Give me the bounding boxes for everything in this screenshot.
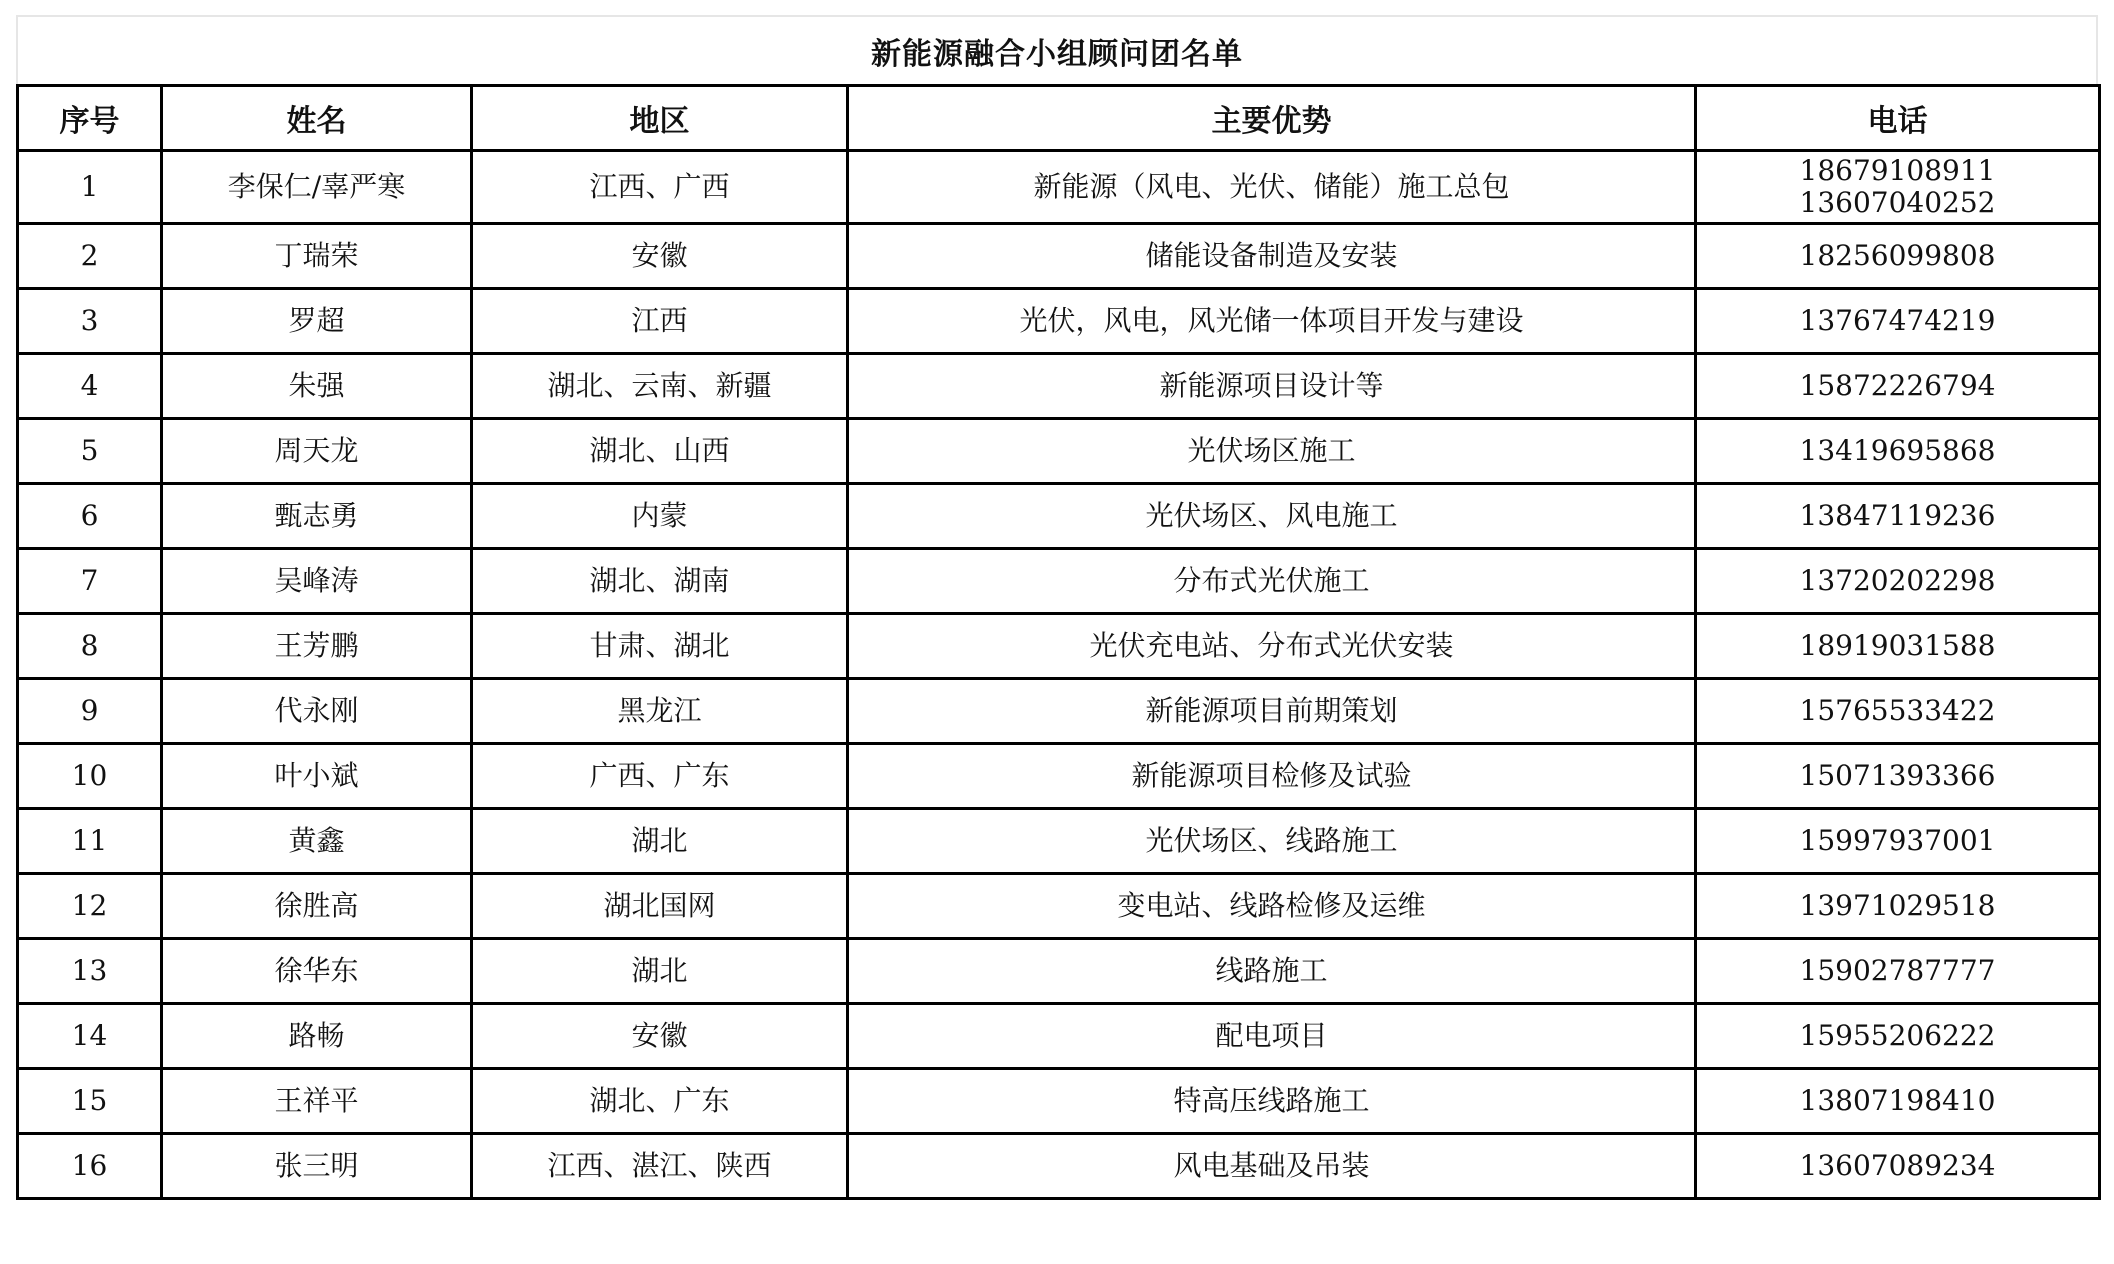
cell-region: 湖北国网 — [472, 874, 848, 939]
cell-strength: 特高压线路施工 — [848, 1069, 1696, 1134]
cell-no: 5 — [18, 419, 162, 484]
table-row: 3罗超江西光伏，风电，风光储一体项目开发与建设13767474219 — [18, 289, 2100, 354]
table-row: 1李保仁/辜严寒江西、广西新能源（风电、光伏、储能）施工总包1867910891… — [18, 151, 2100, 224]
cell-name: 徐华东 — [162, 939, 472, 1004]
phone-number: 13720202298 — [1697, 563, 2098, 599]
phone-number-secondary: 13607040252 — [1697, 187, 2098, 219]
cell-phone: 1867910891113607040252 — [1696, 151, 2100, 224]
cell-strength: 光伏场区、线路施工 — [848, 809, 1696, 874]
cell-no: 3 — [18, 289, 162, 354]
cell-phone: 13847119236 — [1696, 484, 2100, 549]
cell-strength: 新能源项目设计等 — [848, 354, 1696, 419]
cell-no: 4 — [18, 354, 162, 419]
cell-region: 湖北、云南、新疆 — [472, 354, 848, 419]
cell-name: 丁瑞荣 — [162, 224, 472, 289]
phone-number: 18679108911 — [1697, 155, 2098, 187]
phone-number: 18256099808 — [1697, 238, 2098, 274]
phone-number: 13847119236 — [1697, 498, 2098, 534]
table-row: 2丁瑞荣安徽储能设备制造及安装18256099808 — [18, 224, 2100, 289]
cell-region: 湖北 — [472, 809, 848, 874]
header-phone: 电话 — [1696, 86, 2100, 151]
cell-strength: 光伏场区、风电施工 — [848, 484, 1696, 549]
cell-phone: 15997937001 — [1696, 809, 2100, 874]
cell-name: 周天龙 — [162, 419, 472, 484]
cell-strength: 线路施工 — [848, 939, 1696, 1004]
cell-name: 王祥平 — [162, 1069, 472, 1134]
cell-name: 朱强 — [162, 354, 472, 419]
cell-region: 内蒙 — [472, 484, 848, 549]
cell-phone: 18256099808 — [1696, 224, 2100, 289]
cell-no: 10 — [18, 744, 162, 809]
cell-no: 6 — [18, 484, 162, 549]
cell-name: 甄志勇 — [162, 484, 472, 549]
cell-strength: 新能源项目检修及试验 — [848, 744, 1696, 809]
cell-phone: 15902787777 — [1696, 939, 2100, 1004]
phone-number: 13807198410 — [1697, 1083, 2098, 1119]
cell-phone: 15765533422 — [1696, 679, 2100, 744]
header-row: 序号 姓名 地区 主要优势 电话 — [18, 86, 2100, 151]
cell-phone: 15955206222 — [1696, 1004, 2100, 1069]
phone-number: 13419695868 — [1697, 433, 2098, 469]
cell-strength: 光伏场区施工 — [848, 419, 1696, 484]
table-row: 16张三明江西、湛江、陕西风电基础及吊装13607089234 — [18, 1134, 2100, 1199]
cell-region: 江西 — [472, 289, 848, 354]
cell-region: 黑龙江 — [472, 679, 848, 744]
header-region: 地区 — [472, 86, 848, 151]
phone-number: 13607089234 — [1697, 1148, 2098, 1184]
header-name: 姓名 — [162, 86, 472, 151]
cell-region: 广西、广东 — [472, 744, 848, 809]
table-row: 13徐华东湖北线路施工15902787777 — [18, 939, 2100, 1004]
table-row: 6甄志勇内蒙光伏场区、风电施工13847119236 — [18, 484, 2100, 549]
cell-no: 1 — [18, 151, 162, 224]
table-row: 9代永刚黑龙江新能源项目前期策划15765533422 — [18, 679, 2100, 744]
header-strength: 主要优势 — [848, 86, 1696, 151]
cell-region: 江西、广西 — [472, 151, 848, 224]
cell-name: 罗超 — [162, 289, 472, 354]
cell-no: 9 — [18, 679, 162, 744]
cell-region: 安徽 — [472, 224, 848, 289]
table-row: 7吴峰涛湖北、湖南分布式光伏施工13720202298 — [18, 549, 2100, 614]
cell-no: 12 — [18, 874, 162, 939]
cell-no: 16 — [18, 1134, 162, 1199]
phone-number: 15872226794 — [1697, 368, 2098, 404]
cell-no: 14 — [18, 1004, 162, 1069]
phone-number: 15071393366 — [1697, 758, 2098, 794]
cell-name: 叶小斌 — [162, 744, 472, 809]
cell-region: 湖北、广东 — [472, 1069, 848, 1134]
phone-number: 15955206222 — [1697, 1018, 2098, 1054]
cell-region: 江西、湛江、陕西 — [472, 1134, 848, 1199]
cell-no: 13 — [18, 939, 162, 1004]
cell-phone: 13607089234 — [1696, 1134, 2100, 1199]
phone-number: 15765533422 — [1697, 693, 2098, 729]
phone-number: 15902787777 — [1697, 953, 2098, 989]
table-row: 12徐胜高湖北国网变电站、线路检修及运维13971029518 — [18, 874, 2100, 939]
table-row: 15王祥平湖北、广东特高压线路施工13807198410 — [18, 1069, 2100, 1134]
table-row: 14路畅安徽配电项目15955206222 — [18, 1004, 2100, 1069]
cell-name: 路畅 — [162, 1004, 472, 1069]
cell-strength: 光伏，风电，风光储一体项目开发与建设 — [848, 289, 1696, 354]
cell-name: 吴峰涛 — [162, 549, 472, 614]
cell-no: 8 — [18, 614, 162, 679]
cell-name: 李保仁/辜严寒 — [162, 151, 472, 224]
cell-phone: 18919031588 — [1696, 614, 2100, 679]
cell-region: 湖北、湖南 — [472, 549, 848, 614]
cell-strength: 新能源项目前期策划 — [848, 679, 1696, 744]
cell-phone: 13720202298 — [1696, 549, 2100, 614]
document-title: 新能源融合小组顾问团名单 — [871, 29, 1243, 73]
header-no: 序号 — [18, 86, 162, 151]
cell-strength: 配电项目 — [848, 1004, 1696, 1069]
cell-region: 湖北、山西 — [472, 419, 848, 484]
table-row: 11黄鑫湖北光伏场区、线路施工15997937001 — [18, 809, 2100, 874]
cell-strength: 风电基础及吊装 — [848, 1134, 1696, 1199]
cell-phone: 15071393366 — [1696, 744, 2100, 809]
cell-no: 2 — [18, 224, 162, 289]
table-row: 10叶小斌广西、广东新能源项目检修及试验15071393366 — [18, 744, 2100, 809]
table-row: 4朱强湖北、云南、新疆新能源项目设计等15872226794 — [18, 354, 2100, 419]
cell-phone: 13971029518 — [1696, 874, 2100, 939]
phone-number: 18919031588 — [1697, 628, 2098, 664]
cell-name: 徐胜高 — [162, 874, 472, 939]
cell-strength: 新能源（风电、光伏、储能）施工总包 — [848, 151, 1696, 224]
cell-region: 湖北 — [472, 939, 848, 1004]
cell-name: 代永刚 — [162, 679, 472, 744]
cell-strength: 储能设备制造及安装 — [848, 224, 1696, 289]
cell-strength: 变电站、线路检修及运维 — [848, 874, 1696, 939]
cell-phone: 13419695868 — [1696, 419, 2100, 484]
cell-region: 安徽 — [472, 1004, 848, 1069]
advisor-roster-table: 序号 姓名 地区 主要优势 电话 1李保仁/辜严寒江西、广西新能源（风电、光伏、… — [16, 84, 2101, 1200]
cell-region: 甘肃、湖北 — [472, 614, 848, 679]
title-cell: 新能源融合小组顾问团名单 — [16, 15, 2098, 84]
cell-phone: 15872226794 — [1696, 354, 2100, 419]
cell-strength: 光伏充电站、分布式光伏安装 — [848, 614, 1696, 679]
cell-phone: 13807198410 — [1696, 1069, 2100, 1134]
cell-phone: 13767474219 — [1696, 289, 2100, 354]
cell-name: 王芳鹏 — [162, 614, 472, 679]
cell-no: 7 — [18, 549, 162, 614]
cell-name: 张三明 — [162, 1134, 472, 1199]
phone-number: 15997937001 — [1697, 823, 2098, 859]
cell-no: 11 — [18, 809, 162, 874]
cell-name: 黄鑫 — [162, 809, 472, 874]
table-row: 5周天龙湖北、山西光伏场区施工13419695868 — [18, 419, 2100, 484]
table-row: 8王芳鹏甘肃、湖北光伏充电站、分布式光伏安装18919031588 — [18, 614, 2100, 679]
cell-no: 15 — [18, 1069, 162, 1134]
cell-strength: 分布式光伏施工 — [848, 549, 1696, 614]
phone-number: 13971029518 — [1697, 888, 2098, 924]
phone-number: 13767474219 — [1697, 303, 2098, 339]
